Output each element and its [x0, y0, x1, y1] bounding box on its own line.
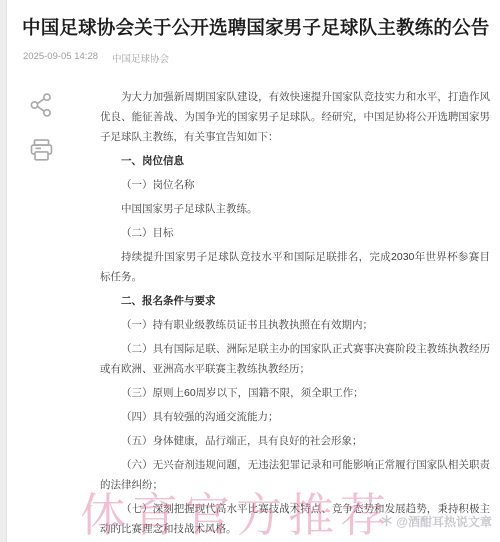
intro-paragraph: 为大力加强新周期国家队建设，有效快速提升国家队竞技实力和水平，打造作风优良、能征…: [100, 87, 490, 147]
paragraph: （二）具有国际足联、洲际足联主办的国家队正式赛事决赛阶段主教练执教经历或有欧洲、…: [100, 339, 490, 379]
article-meta: 2025-09-05 14:28 中国足球协会: [23, 51, 169, 65]
paragraph: （四）具有较强的沟通交流能力；: [100, 407, 490, 427]
section-2-heading: 二、报名条件与要求: [100, 291, 490, 311]
paragraph: （一）持有职业级教练员证书且执教执照在有效期内；: [100, 315, 490, 335]
source-name[interactable]: 中国足球协会: [112, 51, 169, 65]
side-toolbar: [26, 90, 56, 165]
paragraph: （一）岗位名称: [100, 175, 490, 195]
page-title: 中国足球协会关于公开选聘国家男子足球队主教练的公告: [22, 16, 492, 41]
paragraph: 中国国家男子足球队主教练。: [100, 199, 490, 219]
paragraph: （五）身体健康，品行端正，具有良好的社会形象；: [100, 431, 490, 451]
paragraph: 持续提升国家男子足球队竞技水平和国际足联排名，完成2030年世界杯参赛目标任务。: [100, 247, 490, 287]
share-button[interactable]: [26, 90, 56, 120]
share-icon: [28, 92, 54, 118]
article-body: 为大力加强新周期国家队建设，有效快速提升国家队竞技实力和水平，打造作风优良、能征…: [100, 87, 490, 542]
paragraph: （二）目标: [100, 223, 490, 243]
publish-date: 2025-09-05 14:28: [23, 51, 98, 65]
paragraph: （三）原则上60周岁以下，国籍不限，须全职工作；: [100, 383, 490, 403]
paragraph: （七）深刻把握现代高水平比赛技战术特点、竞争态势和发展趋势，秉持积极主动的比赛理…: [100, 499, 490, 539]
left-edge-strip: [0, 0, 7, 542]
section-1-heading: 一、岗位信息: [100, 151, 490, 171]
print-icon: [28, 137, 55, 163]
print-button[interactable]: [26, 135, 56, 165]
paragraph: （六）无兴奋剂违规问题，无违法犯罪记录和可能影响正常履行国家队相关职责的法律纠纷…: [100, 455, 490, 495]
